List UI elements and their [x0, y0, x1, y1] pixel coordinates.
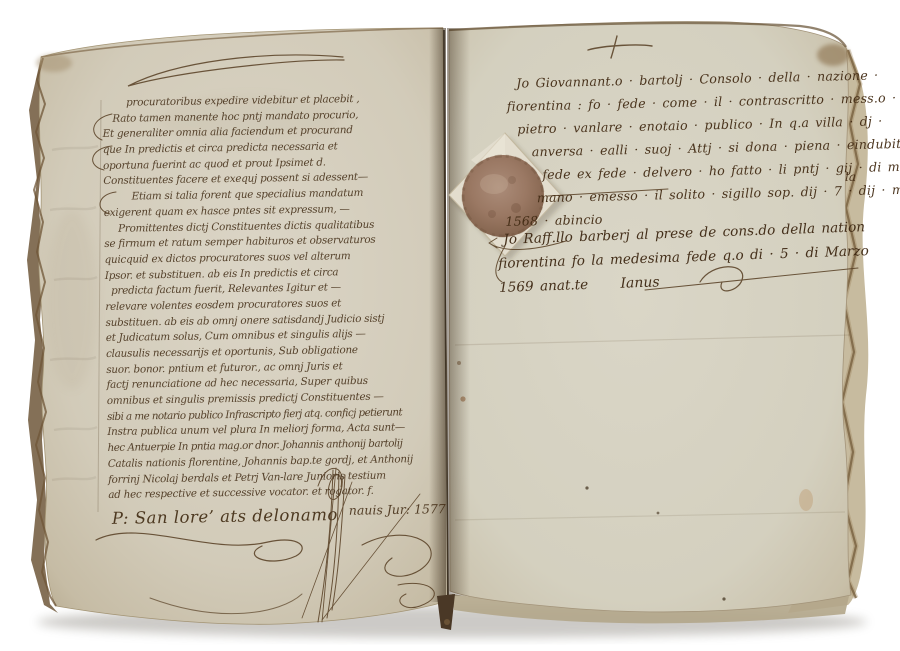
- seal-mottle-2: [488, 210, 496, 218]
- notary-signature-date: nauis Jur: 1577: [349, 501, 446, 518]
- attestation-1-text-block: Jo Giovannant.o · bartolj · Consolo · de…: [500, 64, 864, 233]
- consul-signature: Ianus: [620, 270, 660, 295]
- right-page-stain: [799, 489, 813, 511]
- gutter-notch-drip: [444, 619, 450, 625]
- attestation-2-text-block: Jo Raff.llo barberj al prese de cons.do …: [497, 215, 859, 300]
- notary-signature-row: P: San lore’ ats delonamo nauis Jur: 157…: [112, 501, 449, 541]
- right-corner-wear: [817, 44, 849, 66]
- ink-speck-3: [722, 597, 725, 600]
- margin-note: la: [845, 170, 856, 184]
- ink-speck-1: [585, 486, 588, 489]
- manuscript-photo: procuratoribus expedire videbitur et pla…: [0, 0, 900, 651]
- left-corner-wear: [36, 54, 72, 72]
- notary-signature: P: San lore’ ats delonamo: [112, 505, 338, 528]
- left-page-text-block: procuratoribus expedire videbitur et pla…: [102, 91, 458, 504]
- left-page-stain: [46, 210, 98, 390]
- ink-speck-2: [657, 512, 660, 515]
- attestation-2-date: 1569 anat.te: [499, 277, 589, 296]
